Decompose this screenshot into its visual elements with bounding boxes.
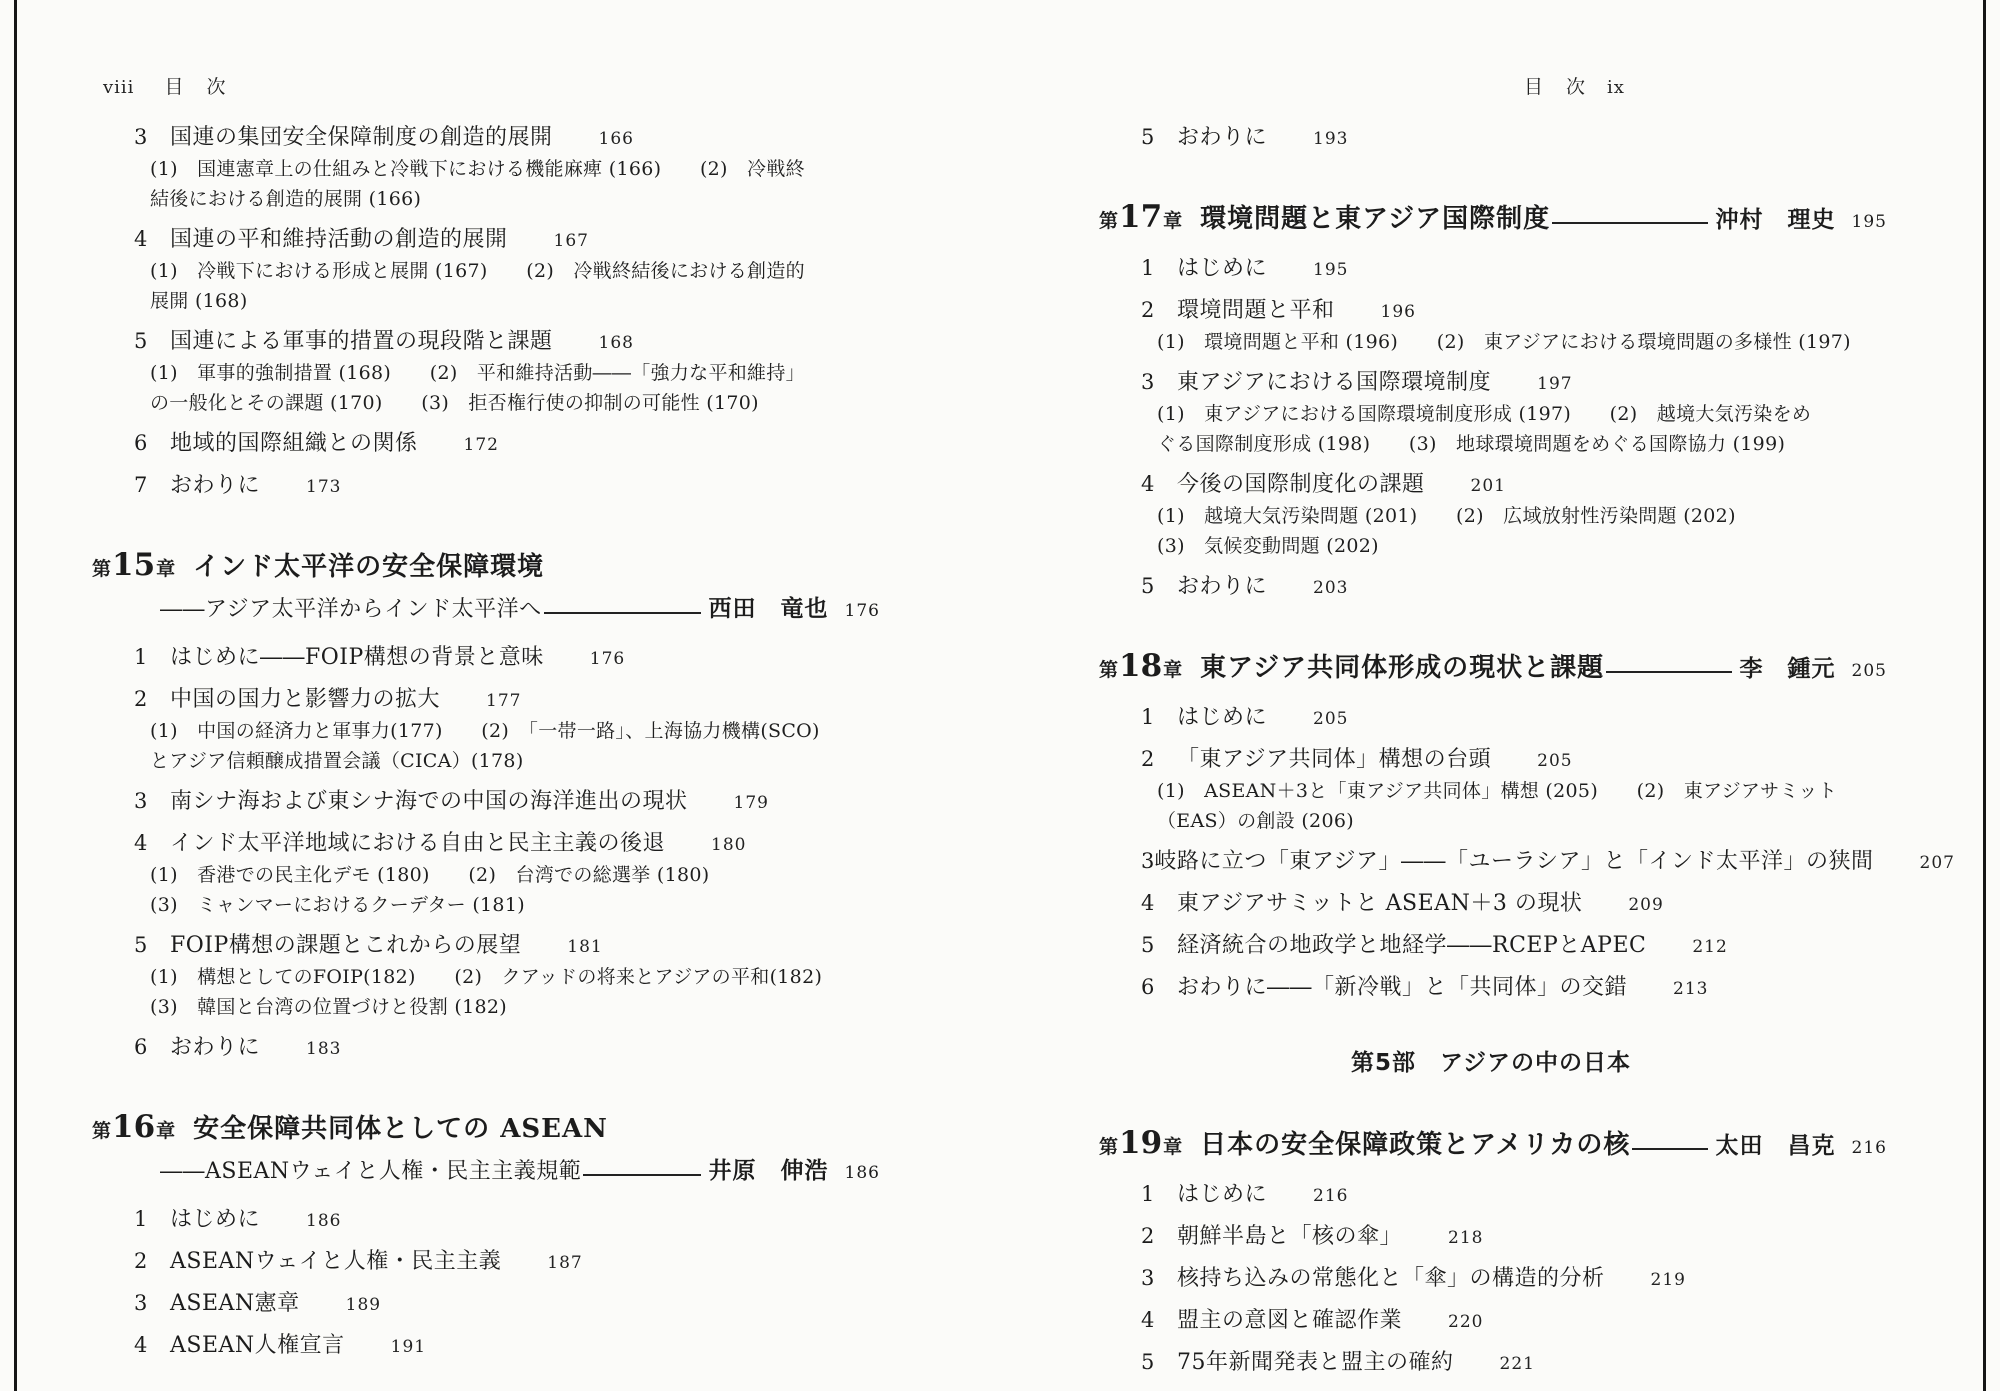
item-page-number: 187 xyxy=(547,1248,582,1278)
item-page-number: 179 xyxy=(734,788,769,818)
toc-subitem: (1) 東アジアにおける国際環境制度形成 (197) (2) 越境大気汚染をめ xyxy=(1095,399,1887,429)
scan-edge-left xyxy=(14,0,17,1391)
toc-item: 1はじめに205 xyxy=(1095,702,1887,734)
item-number: 3 xyxy=(1141,367,1177,397)
item-title: ASEANウェイと人権・民主主義 xyxy=(170,1247,501,1277)
toc-item: 3ASEAN憲章189 xyxy=(88,1288,880,1320)
leader-line xyxy=(1606,671,1731,673)
leader-line xyxy=(544,612,701,614)
item-page-number: 173 xyxy=(306,472,341,502)
item-number: 4 xyxy=(134,1330,170,1360)
item-page-number: 193 xyxy=(1313,124,1348,154)
subitem-text: 展開 (168) xyxy=(150,290,248,312)
chapter-title: 日本の安全保障政策とアメリカの核 xyxy=(1200,1126,1630,1164)
subitem-text: (1) 構想としてのFOIP(182) (2) クアッドの将来とアジアの平和(1… xyxy=(150,966,822,988)
item-number: 4 xyxy=(134,828,170,858)
item-number: 2 xyxy=(1141,295,1177,325)
item-title: はじめに xyxy=(1177,254,1267,284)
item-page-number: 219 xyxy=(1651,1265,1686,1295)
item-number: 3 xyxy=(134,122,170,152)
toc-item: 5おわりに203 xyxy=(1095,571,1887,603)
subitem-text: （EAS）の創設 (206) xyxy=(1157,810,1354,832)
item-number: 1 xyxy=(134,1204,170,1234)
toc-item: 6おわりに――「新冷戦」と「共同体」の交錯213 xyxy=(1095,972,1887,1004)
item-number: 1 xyxy=(1141,1179,1177,1209)
chapter-subtitle-text: ――アジア太平洋からインド太平洋へ xyxy=(160,591,542,629)
toc-subitem: (1) 越境大気汚染問題 (201) (2) 広域放射性汚染問題 (202) xyxy=(1095,501,1887,531)
item-title: 今後の国際制度化の課題 xyxy=(1177,470,1425,500)
item-title: FOIP構想の課題とこれからの展望 xyxy=(170,931,521,961)
item-number: 4 xyxy=(1141,1305,1177,1335)
item-title: 核持ち込みの常態化と「傘」の構造的分析 xyxy=(1177,1264,1605,1294)
chapter-suffix: 章 xyxy=(1163,1128,1182,1166)
toc-item: 5おわりに193 xyxy=(1095,122,1887,154)
toc-subitem: の一般化とその課題 (170) (3) 拒否権行使の抑制の可能性 (170) xyxy=(88,388,880,418)
chapter-heading: 第19章日本の安全保障政策とアメリカの核太田 昌克216 xyxy=(1095,1124,1887,1167)
scan-edge-right xyxy=(1983,0,1986,1391)
item-page-number: 212 xyxy=(1692,932,1727,962)
item-page-number: 205 xyxy=(1313,704,1348,734)
author-name: 沖村 理史 xyxy=(1716,201,1836,239)
item-page-number: 181 xyxy=(567,932,602,962)
toc-item: 5国連による軍事的措置の現段階と課題168 xyxy=(88,326,880,358)
chapter-prefix: 第 xyxy=(1099,202,1118,240)
item-title: はじめに xyxy=(1177,703,1267,733)
chapter-page-number: 195 xyxy=(1852,203,1887,241)
toc-column-left: 3国連の集団安全保障制度の創造的展開166(1) 国連憲章上の仕組みと冷戦下にお… xyxy=(88,112,880,1362)
item-number: 6 xyxy=(134,1032,170,1062)
item-title: 岐路に立つ「東アジア」――「ユーラシア」と「インド太平洋」の狭間 xyxy=(1154,847,1873,877)
subitem-text: (1) 国連憲章上の仕組みと冷戦下における機能麻痺 (166) (2) 冷戦終 xyxy=(150,158,805,180)
header-title-right: 目 次 xyxy=(1524,72,1587,99)
item-page-number: 218 xyxy=(1448,1223,1483,1253)
item-title: おわりに――「新冷戦」と「共同体」の交錯 xyxy=(1177,973,1627,1003)
folio-number-left: viii xyxy=(103,77,134,98)
toc-item: 4今後の国際制度化の課題201 xyxy=(1095,469,1887,501)
chapter-number: 17 xyxy=(1118,198,1163,236)
toc-subitem: (1) 中国の経済力と軍事力(177) (2) 「一帯一路」、上海協力機構(SC… xyxy=(88,716,880,746)
toc-item: 4ASEAN人権宣言191 xyxy=(88,1330,880,1362)
chapter-subtitle-text: ――ASEANウェイと人権・民主主義規範 xyxy=(160,1153,581,1191)
subitem-text: (3) 気候変動問題 (202) xyxy=(1157,535,1379,557)
item-number: 5 xyxy=(1141,930,1177,960)
toc-item: 4東アジアサミットと ASEAN＋3 の現状209 xyxy=(1095,888,1887,920)
toc-item: 1はじめに――FOIP構想の背景と意味176 xyxy=(88,642,880,674)
item-number: 1 xyxy=(134,642,170,672)
item-title: 盟主の意図と確認作業 xyxy=(1177,1306,1402,1336)
item-page-number: 197 xyxy=(1537,369,1572,399)
item-number: 2 xyxy=(1141,1221,1177,1251)
item-title: 東アジアサミットと ASEAN＋3 の現状 xyxy=(1177,889,1582,919)
item-page-number: 209 xyxy=(1628,890,1663,920)
toc-spread: { "left_page": { "header": { "folio": "v… xyxy=(0,0,2000,1391)
toc-subitem: （EAS）の創設 (206) xyxy=(1095,806,1887,836)
toc-item: 575年新聞発表と盟主の確約221 xyxy=(1095,1347,1887,1379)
leader-line xyxy=(1552,222,1707,224)
item-number: 5 xyxy=(1141,571,1177,601)
toc-item: 3南シナ海および東シナ海での中国の海洋進出の現状179 xyxy=(88,786,880,818)
chapter-page-number: 205 xyxy=(1852,652,1887,690)
item-title: 75年新聞発表と盟主の確約 xyxy=(1177,1348,1454,1378)
leader-line xyxy=(583,1174,700,1176)
item-page-number: 191 xyxy=(391,1332,426,1362)
chapter-number: 19 xyxy=(1118,1124,1163,1162)
subitem-text: (3) ミャンマーにおけるクーデター (181) xyxy=(150,894,525,916)
item-page-number: 196 xyxy=(1381,297,1416,327)
item-page-number: 220 xyxy=(1448,1307,1483,1337)
item-title: 経済統合の地政学と地経学――RCEPとAPEC xyxy=(1177,931,1646,961)
subitem-text: (1) 軍事的強制措置 (168) (2) 平和維持活動――「強力な平和維持」 xyxy=(150,362,805,384)
chapter-heading: 第16章安全保障共同体としての ASEAN xyxy=(88,1108,880,1150)
chapter-number: 18 xyxy=(1118,647,1163,685)
toc-column-right: 5おわりに193第17章環境問題と東アジア国際制度沖村 理史1951はじめに19… xyxy=(1095,112,1887,1379)
chapter-heading: 第15章インド太平洋の安全保障環境 xyxy=(88,546,880,588)
toc-subitem: (3) ミャンマーにおけるクーデター (181) xyxy=(88,890,880,920)
item-number: 3 xyxy=(134,1288,170,1318)
chapter-heading: 第17章環境問題と東アジア国際制度沖村 理史195 xyxy=(1095,198,1887,241)
chapter-prefix: 第 xyxy=(92,550,111,588)
item-title: 国連の集団安全保障制度の創造的展開 xyxy=(170,123,553,153)
item-page-number: 221 xyxy=(1500,1349,1535,1379)
item-title: ASEAN憲章 xyxy=(170,1289,300,1319)
item-page-number: 189 xyxy=(346,1290,381,1320)
item-number: 2 xyxy=(134,1246,170,1276)
toc-item: 5経済統合の地政学と地経学――RCEPとAPEC212 xyxy=(1095,930,1887,962)
item-page-number: 180 xyxy=(711,830,746,860)
toc-item: 2ASEANウェイと人権・民主主義187 xyxy=(88,1246,880,1278)
chapter-title: 安全保障共同体としての ASEAN xyxy=(193,1110,608,1148)
item-title: おわりに xyxy=(1177,123,1267,153)
chapter-page-number: 186 xyxy=(845,1154,880,1192)
item-title: 地域的国際組織との関係 xyxy=(170,429,418,459)
toc-item: 7おわりに173 xyxy=(88,470,880,502)
item-title: おわりに xyxy=(170,471,260,501)
toc-subitem: 展開 (168) xyxy=(88,286,880,316)
chapter-page-number: 216 xyxy=(1852,1129,1887,1167)
item-number: 7 xyxy=(134,470,170,500)
item-title: はじめに xyxy=(1177,1180,1267,1210)
item-page-number: 172 xyxy=(464,430,499,460)
item-page-number: 168 xyxy=(599,328,634,358)
part-heading-text: 第5部 アジアの中の日本 xyxy=(1351,1050,1631,1076)
toc-subitem: とアジア信頼醸成措置会議（CICA）(178) xyxy=(88,746,880,776)
item-number: 3 xyxy=(1141,1263,1177,1293)
chapter-title: 東アジア共同体形成の現状と課題 xyxy=(1200,649,1604,687)
subitem-text: (1) 東アジアにおける国際環境制度形成 (197) (2) 越境大気汚染をめ xyxy=(1157,403,1811,425)
toc-subitem: (3) 気候変動問題 (202) xyxy=(1095,531,1887,561)
item-number: 3 xyxy=(1141,846,1154,876)
toc-subitem: (1) 構想としてのFOIP(182) (2) クアッドの将来とアジアの平和(1… xyxy=(88,962,880,992)
subitem-text: の一般化とその課題 (170) (3) 拒否権行使の抑制の可能性 (170) xyxy=(150,392,759,414)
item-title: 国連による軍事的措置の現段階と課題 xyxy=(170,327,553,357)
subitem-text: とアジア信頼醸成措置会議（CICA）(178) xyxy=(150,750,524,772)
author-name: 太田 昌克 xyxy=(1716,1127,1836,1165)
subitem-text: (1) 冷戦下における形成と展開 (167) (2) 冷戦終結後における創造的 xyxy=(150,260,805,282)
item-number: 1 xyxy=(1141,702,1177,732)
item-number: 2 xyxy=(134,684,170,714)
item-title: おわりに xyxy=(1177,572,1267,602)
item-title: 国連の平和維持活動の創造的展開 xyxy=(170,225,508,255)
toc-item: 4盟主の意図と確認作業220 xyxy=(1095,1305,1887,1337)
toc-item: 2「東アジア共同体」構想の台頭205 xyxy=(1095,744,1887,776)
header-title-left: 目 次 xyxy=(164,72,227,99)
item-title: はじめに――FOIP構想の背景と意味 xyxy=(170,643,544,673)
chapter-suffix: 章 xyxy=(1163,202,1182,240)
item-page-number: 207 xyxy=(1920,848,1955,878)
toc-item: 1はじめに186 xyxy=(88,1204,880,1236)
toc-subitem: (3) 韓国と台湾の位置づけと役割 (182) xyxy=(88,992,880,1022)
item-number: 4 xyxy=(1141,469,1177,499)
item-page-number: 167 xyxy=(554,226,589,256)
item-page-number: 186 xyxy=(306,1206,341,1236)
part-heading: 第5部 アジアの中の日本 xyxy=(1095,1046,1887,1080)
item-number: 6 xyxy=(1141,972,1177,1002)
item-number: 3 xyxy=(134,786,170,816)
chapter-page-number: 176 xyxy=(845,592,880,630)
author-name: 李 鍾元 xyxy=(1740,650,1836,688)
leader-line xyxy=(1632,1148,1707,1150)
page-header-right: 目 次 ix xyxy=(1524,72,1625,99)
item-title: 南シナ海および東シナ海での中国の海洋進出の現状 xyxy=(170,787,688,817)
chapter-heading: 第18章東アジア共同体形成の現状と課題李 鍾元205 xyxy=(1095,647,1887,690)
chapter-suffix: 章 xyxy=(156,1112,175,1150)
item-page-number: 176 xyxy=(590,644,625,674)
subitem-text: 結後における創造的展開 (166) xyxy=(150,188,421,210)
subitem-text: (1) 中国の経済力と軍事力(177) (2) 「一帯一路」、上海協力機構(SC… xyxy=(150,720,820,742)
item-number: 6 xyxy=(134,428,170,458)
chapter-suffix: 章 xyxy=(156,550,175,588)
item-page-number: 201 xyxy=(1471,471,1506,501)
toc-item: 6地域的国際組織との関係172 xyxy=(88,428,880,460)
toc-item: 3国連の集団安全保障制度の創造的展開166 xyxy=(88,122,880,154)
toc-item: 2中国の国力と影響力の拡大177 xyxy=(88,684,880,716)
chapter-number: 15 xyxy=(111,546,156,584)
item-title: 「東アジア共同体」構想の台頭 xyxy=(1177,745,1491,775)
author-name: 井原 伸浩 xyxy=(709,1152,829,1190)
item-number: 5 xyxy=(134,326,170,356)
item-title: 環境問題と平和 xyxy=(1177,296,1335,326)
item-title: はじめに xyxy=(170,1205,260,1235)
toc-item: 6おわりに183 xyxy=(88,1032,880,1064)
chapter-suffix: 章 xyxy=(1163,651,1182,689)
toc-item: 2環境問題と平和196 xyxy=(1095,295,1887,327)
chapter-title: インド太平洋の安全保障環境 xyxy=(193,548,544,586)
item-page-number: 177 xyxy=(486,686,521,716)
chapter-prefix: 第 xyxy=(1099,651,1118,689)
toc-subitem: (1) 香港での民主化デモ (180) (2) 台湾での総選挙 (180) xyxy=(88,860,880,890)
item-page-number: 213 xyxy=(1673,974,1708,1004)
subitem-text: (1) ASEAN＋3と「東アジア共同体」構想 (205) (2) 東アジアサミ… xyxy=(1157,780,1837,802)
toc-item: 3東アジアにおける国際環境制度197 xyxy=(1095,367,1887,399)
item-title: 東アジアにおける国際環境制度 xyxy=(1177,368,1491,398)
subitem-text: (1) 越境大気汚染問題 (201) (2) 広域放射性汚染問題 (202) xyxy=(1157,505,1736,527)
item-page-number: 183 xyxy=(306,1034,341,1064)
subitem-text: ぐる国際制度形成 (198) (3) 地球環境問題をめぐる国際協力 (199) xyxy=(1157,433,1785,455)
toc-subitem: ぐる国際制度形成 (198) (3) 地球環境問題をめぐる国際協力 (199) xyxy=(1095,429,1887,459)
subitem-text: (1) 香港での民主化デモ (180) (2) 台湾での総選挙 (180) xyxy=(150,864,710,886)
item-number: 4 xyxy=(134,224,170,254)
toc-item: 3核持ち込みの常態化と「傘」の構造的分析219 xyxy=(1095,1263,1887,1295)
author-name: 西田 竜也 xyxy=(709,590,829,628)
item-page-number: 166 xyxy=(599,124,634,154)
item-number: 2 xyxy=(1141,744,1177,774)
toc-item: 1はじめに216 xyxy=(1095,1179,1887,1211)
subitem-text: (1) 環境問題と平和 (196) (2) 東アジアにおける環境問題の多様性 (… xyxy=(1157,331,1851,353)
toc-item: 4国連の平和維持活動の創造的展開167 xyxy=(88,224,880,256)
toc-subitem: (1) 軍事的強制措置 (168) (2) 平和維持活動――「強力な平和維持」 xyxy=(88,358,880,388)
toc-item: 4インド太平洋地域における自由と民主主義の後退180 xyxy=(88,828,880,860)
toc-item: 5FOIP構想の課題とこれからの展望181 xyxy=(88,930,880,962)
item-page-number: 203 xyxy=(1313,573,1348,603)
chapter-prefix: 第 xyxy=(1099,1128,1118,1166)
chapter-subtitle: ――ASEANウェイと人権・民主主義規範井原 伸浩186 xyxy=(88,1152,880,1192)
toc-item: 2朝鮮半島と「核の傘」218 xyxy=(1095,1221,1887,1253)
toc-subitem: (1) 環境問題と平和 (196) (2) 東アジアにおける環境問題の多様性 (… xyxy=(1095,327,1887,357)
item-title: おわりに xyxy=(170,1033,260,1063)
toc-item: 1はじめに195 xyxy=(1095,253,1887,285)
chapter-title: 環境問題と東アジア国際制度 xyxy=(1200,200,1550,238)
item-page-number: 216 xyxy=(1313,1181,1348,1211)
toc-subitem: (1) 冷戦下における形成と展開 (167) (2) 冷戦終結後における創造的 xyxy=(88,256,880,286)
page-header-left: viii 目 次 xyxy=(103,72,227,99)
toc-subitem: 結後における創造的展開 (166) xyxy=(88,184,880,214)
chapter-subtitle: ――アジア太平洋からインド太平洋へ西田 竜也176 xyxy=(88,590,880,630)
subitem-text: (3) 韓国と台湾の位置づけと役割 (182) xyxy=(150,996,507,1018)
chapter-prefix: 第 xyxy=(92,1112,111,1150)
item-number: 5 xyxy=(1141,1347,1177,1377)
item-number: 5 xyxy=(1141,122,1177,152)
item-number: 1 xyxy=(1141,253,1177,283)
item-title: インド太平洋地域における自由と民主主義の後退 xyxy=(170,829,665,859)
item-title: ASEAN人権宣言 xyxy=(170,1331,345,1361)
item-number: 5 xyxy=(134,930,170,960)
item-number: 4 xyxy=(1141,888,1177,918)
item-title: 朝鮮半島と「核の傘」 xyxy=(1177,1222,1402,1252)
toc-subitem: (1) 国連憲章上の仕組みと冷戦下における機能麻痺 (166) (2) 冷戦終 xyxy=(88,154,880,184)
toc-subitem: (1) ASEAN＋3と「東アジア共同体」構想 (205) (2) 東アジアサミ… xyxy=(1095,776,1887,806)
item-page-number: 195 xyxy=(1313,255,1348,285)
toc-item: 3岐路に立つ「東アジア」――「ユーラシア」と「インド太平洋」の狭間207 xyxy=(1095,846,1887,878)
chapter-number: 16 xyxy=(111,1108,156,1146)
item-page-number: 205 xyxy=(1537,746,1572,776)
folio-number-right: ix xyxy=(1607,77,1625,98)
item-title: 中国の国力と影響力の拡大 xyxy=(170,685,440,715)
